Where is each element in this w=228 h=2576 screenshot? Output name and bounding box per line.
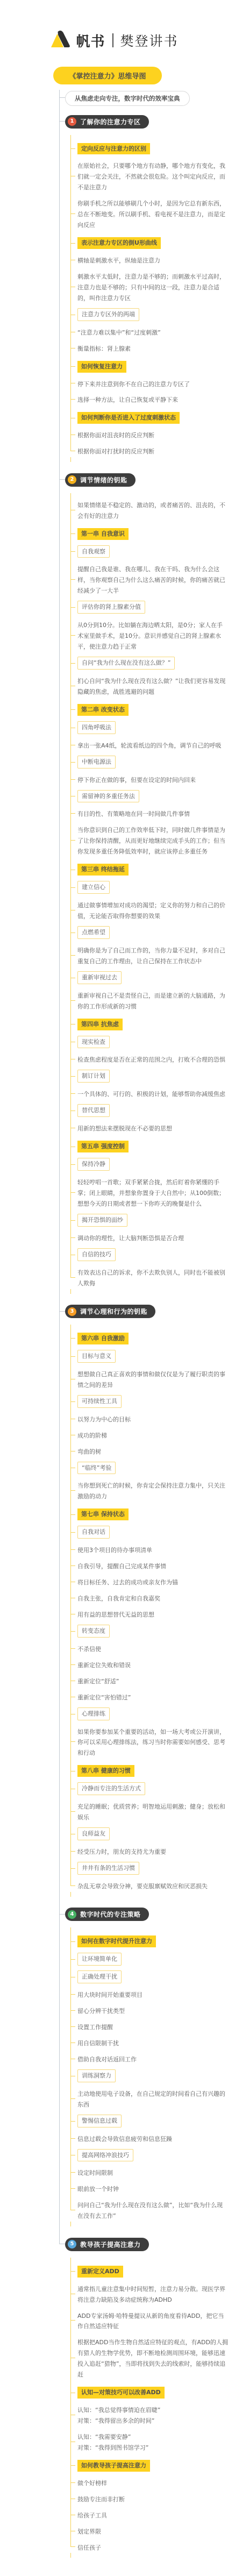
node-text: 扪心自问“我为什么现在没有这么做？”让我们更容易发现隐藏的焦虑，战胜逃避的问题 xyxy=(77,678,225,695)
topic-highlight: 第八串 健康的习惯 xyxy=(71,1764,228,1777)
node-text: 做个好榜样 xyxy=(77,2480,107,2487)
topic-box: 心理排练 xyxy=(71,1707,228,1720)
node-text: 用大块时间开始重要项目 xyxy=(77,1991,142,1998)
topic-box: 现实检查 xyxy=(71,1036,228,1049)
note-text: 一个具体的、可行的、积极的计划，能够帮助你减缓焦虑 xyxy=(71,1088,228,1099)
node-text: 四角呼吸法 xyxy=(77,721,116,734)
section-3: 3调节心理和行为的钥匙第六串 自我激励目标与意义想想做自己真正喜欢的事情和做仅仅… xyxy=(60,1305,228,1899)
node-text: 横轴是刺激水平，纵轴是注意力 xyxy=(77,257,160,264)
topic-box: 评估你的肾上腺素分值 xyxy=(71,601,228,614)
note-text: 你刷手机之所以能够刷几个小时，是因为它总有新东西，总在不断地变。所以刷手机、看电… xyxy=(71,197,228,230)
mindmap-trunk: 从焦虑走向专注，数字时代的效率宝典 1了解你的注意力专区定向反应与注意力的区别在… xyxy=(59,90,228,2560)
node-text: 重新审视自己不是责怪自己，而是建立新的大脑通路，为你的工作形成新的习惯 xyxy=(77,992,225,1010)
note-text: 从0分到10分。比如躺在海边晒太阳，是0分；家人在手术室里做手术，是10分。意识… xyxy=(71,619,228,651)
topic-highlight: 重新定义ADD xyxy=(71,2265,228,2278)
section-number-badge: 4 xyxy=(68,1910,76,1919)
note-text: 根据你面对打扰时的反应判断 xyxy=(71,445,228,456)
node-text: 停下来并注意到你不在自己的注意力专区了 xyxy=(77,381,190,388)
topic-box: 转变态度 xyxy=(71,1625,228,1638)
note-text: 信息过载会导致信息疲劳和信息狂躁 xyxy=(71,2133,228,2144)
node-text: 杂乱无章会导致分神，要克服禀赋效应和厌恶损失 xyxy=(77,1883,208,1890)
note-text: 想想做自己真正喜欢的事情和做仅仅是为了履行职责的事情之间的差异 xyxy=(71,1368,228,1390)
section-pill: 2调节情绪的钥匙 xyxy=(65,473,136,487)
note-text: 调动你的理性，让大脑判断恐惧是否合理 xyxy=(71,1232,228,1243)
topic-box: 重新审视过去 xyxy=(71,971,228,984)
section-label: 数字时代的专注策略 xyxy=(80,1910,141,1919)
section-4: 4数字时代的专注策略如何在数字时代提升注意力让环境简单化正确处理干扰用大块时间开… xyxy=(60,1908,228,2229)
topic-box: 点燃希望 xyxy=(71,926,228,939)
topic-highlight: 第四串 抗焦虑 xyxy=(71,1018,228,1030)
subtitle-node: 从焦虑走向专注，数字时代的效率宝典 xyxy=(60,90,228,106)
section-1: 1了解你的注意力专区定向反应与注意力的区别在原始社会，只要哪个地方有动静，哪个地… xyxy=(60,115,228,464)
section-2: 2调节情绪的钥匙如果情绪是不稳定的、激动的，或者痛苦的、沮丧的，不会有好的注意力… xyxy=(60,473,228,1296)
node-text: 现实检查 xyxy=(77,1036,110,1049)
node-text: 根据你面对打扰时的反应判断 xyxy=(77,448,154,455)
node-text: 制订计划 xyxy=(77,1070,110,1083)
note-text: 如果情绪是不稳定的、激动的，或者痛苦的、沮丧的，不会有好的注意力 xyxy=(71,499,228,521)
node-text: 第四串 抗焦虑 xyxy=(77,1019,123,1030)
topic-box: 自我对话 xyxy=(71,1526,228,1539)
node-text: 不杀信使 xyxy=(77,1646,101,1653)
note-text: 通过做事情增加对成功的渴望；定义你的努力和自己的价值，无论能否取得你想要的效果 xyxy=(71,899,228,921)
node-text: 评估你的肾上腺素分值 xyxy=(77,601,145,614)
note-text: 选择一种方法，让自己恢复或平静下来 xyxy=(71,394,228,404)
note-text: 明确你是为了自己而工作的，当你力量不足时，多对自己重复自己的工作理由，让自己保持… xyxy=(71,944,228,966)
node-text: 让环境简单化 xyxy=(77,1953,122,1966)
brand-divider xyxy=(112,33,113,47)
node-text: 转变态度 xyxy=(77,1625,110,1638)
node-text: 鼓励专注而非打断 xyxy=(77,2496,125,2503)
node-text: 保持冷静 xyxy=(77,1158,110,1171)
mindmap-page: { "brand": { "name": "帆书", "sub": "樊登讲书"… xyxy=(0,0,228,2576)
note-text: 停下你正在做的事，但要在设定的时间内回来 xyxy=(71,774,228,785)
topic-box: 井井有条的生活习惯 xyxy=(71,1862,228,1875)
note-text: 重新定位“舒适” xyxy=(71,1675,228,1686)
section-pill: 5教导孩子提高注意力 xyxy=(65,2238,149,2251)
section-label: 教导孩子提高注意力 xyxy=(80,2240,141,2249)
node-text: 如何教导孩子提高注意力 xyxy=(77,2460,150,2472)
node-text: 问问自己“我为什么现在没有这么做”，比如“我为什么现在没有去工作” xyxy=(77,2202,223,2219)
topic-highlight: 第三串 终结拖延 xyxy=(71,863,228,876)
note-text: 自我引导，提醒自己完成某件事情 xyxy=(71,1560,228,1571)
bottom-spacer xyxy=(0,2560,228,2576)
note-text: 自我主张，自我肯定和自我嘉奖 xyxy=(71,1592,228,1603)
section-number-badge: 5 xyxy=(68,2240,76,2248)
section-children: 如何在数字时代提升注意力让环境简单化正确处理干扰用大块时间开始重要项目留心分辨干… xyxy=(70,1927,228,2226)
note-text: 划定界限 xyxy=(71,2525,228,2536)
node-text: 替代思想 xyxy=(77,1104,110,1117)
node-text: “注意力难以集中”和“过度刺激” xyxy=(77,329,161,336)
note-text: 扪心自问“我为什么现在没有这么做？”让我们更容易发现隐藏的焦虑，战胜逃避的问题 xyxy=(71,675,228,696)
node-text: 井井有条的生活习惯 xyxy=(77,1862,139,1875)
topic-box: 让环境简单化 xyxy=(71,1953,228,1966)
topic-highlight: 第二串 改变状态 xyxy=(71,703,228,716)
note-text: 在原始社会，只要哪个地方有动静，哪个地方有变化，我们就一定会关注，不然就会很危险… xyxy=(71,160,228,192)
section-children: 定向反应与注意力的区别在原始社会，只要哪个地方有动静，哪个地方有变化，我们就一定… xyxy=(70,135,228,462)
node-text: 你刷手机之所以能够刷几个小时，是因为它总有新东西，总在不断地变。所以刷手机、看电… xyxy=(77,200,225,229)
subtitle-pill: 从焦虑走向专注，数字时代的效率宝典 xyxy=(65,91,190,106)
node-text: “临终”考验 xyxy=(77,1462,116,1475)
topic-highlight: 如何恢复注意力 xyxy=(71,360,228,373)
node-text: 刺激水平太低时，注意力是不够的；而刺激水平过高时，注意力也是不够的；只有中间的这… xyxy=(77,273,225,302)
node-text: ADD专家汤姆·哈特曼提议从新的角度看待ADD，把它当作自然适应特征 xyxy=(77,2312,224,2330)
note-text: 主动地使用电子设备，在自己规定的时间看自己有兴趣的东西 xyxy=(71,2088,228,2109)
section-number-badge: 1 xyxy=(68,117,76,126)
node-text: 停下你正在做的事，但要在设定的时间内回来 xyxy=(77,777,196,784)
fanshu-logo-icon xyxy=(49,30,71,51)
note-text: 充足的睡眠；优质营养；明智地运用刺激；健身；放松和娱乐 xyxy=(71,1801,228,1822)
node-text: 如果你要参加某个重要的活动，如一场大考或公开演讲，你可以采用心理排练法，练习当时… xyxy=(77,1728,225,1757)
node-text: 需留神的多重任务法 xyxy=(77,790,139,803)
node-text: 冷静而专注的生活方式 xyxy=(77,1782,145,1795)
topic-box: 四角呼吸法 xyxy=(71,721,228,734)
node-text: 如何恢复注意力 xyxy=(77,361,126,373)
node-text: 通常指儿童注意集中时间短暂，注意力易分散。现医学界将注意力缺陷及多动症统称为AD… xyxy=(77,2286,225,2303)
topic-box: 目标与意义 xyxy=(71,1350,228,1363)
node-text: 第六串 自我激励 xyxy=(77,1333,129,1344)
node-text: 重新定位“舒适” xyxy=(77,1678,119,1685)
topic-box: 警惕信息过载 xyxy=(71,2115,228,2127)
node-text: 定向反应与注意力的区别 xyxy=(77,143,150,155)
node-text: 根据你面对沮丧时的反应判断 xyxy=(77,432,154,439)
note-text: 信任孩子 xyxy=(71,2542,228,2552)
topic-highlight: 如何判断你是否进入了过度刺激状态 xyxy=(71,411,228,424)
note-text: 认知：“我总觉得事情迫在眉睫” 对策：“我得留出多余的时间” xyxy=(71,2404,228,2425)
node-text: 自我引导，提醒自己完成某件事情 xyxy=(77,1563,166,1570)
topic-box: 揭开恐惧的面纱 xyxy=(71,1214,228,1227)
note-text: 通常指儿童注意集中时间短暂，注意力易分散。现医学界将注意力缺陷及多动症统称为AD… xyxy=(71,2283,228,2304)
note-text: 不杀信使 xyxy=(71,1643,228,1654)
section-pill: 4数字时代的专注策略 xyxy=(65,1908,149,1921)
node-text: 第五串 强度控制 xyxy=(77,1141,129,1152)
topic-box: 制订计划 xyxy=(71,1070,228,1083)
node-text: 划定界限 xyxy=(77,2528,101,2535)
note-text: 提醒自己我是谁、我在哪儿、我在干吗、我为什么会这样，当你观察自己为什么这么痛苦的… xyxy=(71,563,228,595)
note-text: 重新审视自己不是责怪自己，而是建立新的大脑通路，为你的工作形成新的习惯 xyxy=(71,990,228,1011)
topic-box: 冷静而专注的生活方式 xyxy=(71,1782,228,1795)
note-text: 经受压力时，朋友的支持尤为重要 xyxy=(71,1846,228,1856)
node-text: 衡量指标：肾上腺素 xyxy=(77,345,131,352)
node-text: 想想做自己真正喜欢的事情和做仅仅是为了履行职责的事情之间的差异 xyxy=(77,1371,225,1389)
note-text: 重新定位“害怕错过” xyxy=(71,1691,228,1702)
node-text: 重新审视过去 xyxy=(77,971,122,984)
topic-box: 自我观察 xyxy=(71,545,228,558)
note-text: 弯曲的树 xyxy=(71,1446,228,1456)
note-text: 以努力为中心的目标 xyxy=(71,1413,228,1424)
note-text: 检查焦虑程度是否在正常的范围之内，打败不合理的恐惧 xyxy=(71,1054,228,1064)
node-text: 第八串 健康的习惯 xyxy=(77,1765,134,1777)
node-text: 第二串 改变状态 xyxy=(77,704,129,716)
note-text: “注意力难以集中”和“过度刺激” xyxy=(71,326,228,337)
node-text: 使用3个项目的待办事项清单 xyxy=(77,1547,152,1554)
node-text: 留心分辨干扰类型 xyxy=(77,2008,125,2015)
node-text: 检查焦虑程度是否在正常的范围之内，打败不合理的恐惧 xyxy=(77,1056,225,1063)
note-text: 用自信限制干扰 xyxy=(71,2037,228,2048)
node-text: 点燃希望 xyxy=(77,926,110,939)
node-text: 建立信心 xyxy=(77,881,110,894)
node-text: 第七串 保持状态 xyxy=(77,1508,129,1520)
topic-box: 替代思想 xyxy=(71,1104,228,1117)
node-text: 拿出一张A4纸，轮流看纸边的四个角，调节自己的呼吸 xyxy=(77,742,222,749)
section-pill: 3调节心理和行为的钥匙 xyxy=(65,1305,155,1318)
node-text: 自我观察 xyxy=(77,545,110,558)
node-text: 提高网络冲浪技巧 xyxy=(77,2149,133,2162)
note-text: 使用3个项目的待办事项清单 xyxy=(71,1544,228,1555)
node-text: 第三串 终结拖延 xyxy=(77,864,129,876)
node-text: 给孩子工具 xyxy=(77,2512,107,2519)
map-title: 《掌控注意力》思维导图 xyxy=(53,67,162,84)
node-text: 成功的阶梯 xyxy=(77,1432,107,1439)
node-text: 当你意识到自己的工作效率低下时，同时做几件事情是为了让你保持清醒，从而更好地继续… xyxy=(77,827,225,855)
node-text: 自我对话 xyxy=(77,1526,110,1539)
node-text: 选择一种方法，让自己恢复或平静下来 xyxy=(77,396,178,403)
node-text: 设置工作提醒 xyxy=(77,2024,113,2031)
node-text: 有效表达自己的诉求，你不去欺负别人，同时也不能被别人欺侮 xyxy=(77,1269,225,1287)
note-text: 借助自我对话返回工作 xyxy=(71,2053,228,2064)
section-label: 调节心理和行为的钥匙 xyxy=(80,1307,147,1316)
node-text: 如果情绪是不稳定的、激动的，或者痛苦的、沮丧的，不会有好的注意力 xyxy=(77,502,225,520)
node-text: 重新定位“害怕错过” xyxy=(77,1694,131,1701)
node-text: 可持续性工具 xyxy=(77,1395,122,1408)
section-pill: 1了解你的注意力专区 xyxy=(65,115,149,129)
note-text: 用新的想法来摆脱现在不必要的思想 xyxy=(71,1122,228,1133)
node-text: 用有益的思想替代无益的思想 xyxy=(77,1611,154,1618)
node-text: 如何判断你是否进入了过度刺激状态 xyxy=(77,412,180,424)
note-text: 根据把ADD当作生物自然适应特征的观点，有ADD的人拥有猎人的生物学优势，即不断… xyxy=(71,2336,228,2379)
topic-box: 自问“我为什么现在没有这么做？” xyxy=(71,657,228,670)
node-text: 经受压力时，朋友的支持尤为重要 xyxy=(77,1848,166,1855)
node-text: 一个具体的、可行的、积极的计划，能够帮助你减缓焦虑 xyxy=(77,1091,225,1098)
topic-box: 提高网络冲浪技巧 xyxy=(71,2149,228,2162)
node-text: 主动地使用电子设备，在自己规定的时间看自己有兴趣的东西 xyxy=(77,2090,225,2108)
node-text: 用自信限制干扰 xyxy=(77,2040,119,2047)
topic-box: 需留神的多重任务法 xyxy=(71,790,228,803)
topic-box: 可持续性工具 xyxy=(71,1395,228,1408)
section-children: 重新定义ADD通常指儿童注意集中时间短暂，注意力易分散。现医学界将注意力缺陷及多… xyxy=(70,2258,228,2558)
note-text: 当你意识到自己的工作效率低下时，同时做几件事情是为了让你保持清醒，从而更好地继续… xyxy=(71,824,228,856)
node-text: 良师益友 xyxy=(77,1827,110,1840)
note-text: 问问自己“我为什么现在没有这么做”，比如“我为什么现在没有去工作” xyxy=(71,2199,228,2221)
mindmap-tree: 从焦虑走向专注，数字时代的效率宝典 1了解你的注意力专区定向反应与注意力的区别在… xyxy=(59,90,228,2560)
section-number-badge: 2 xyxy=(68,475,76,484)
note-text: 杂乱无章会导致分神，要克服禀赋效应和厌恶损失 xyxy=(71,1880,228,1891)
section-children: 第六串 自我激励目标与意义想想做自己真正喜欢的事情和做仅仅是为了履行职责的事情之… xyxy=(70,1325,228,1897)
node-text: 训练洞察力 xyxy=(77,2069,116,2082)
node-text: 目标与意义 xyxy=(77,1350,116,1363)
node-text: 通过做事情增加对成功的渴望；定义你的努力和自己的价值，无论能否取得你想要的效果 xyxy=(77,902,225,920)
note-text: 刺激水平太低时，注意力是不够的；而刺激水平过高时，注意力也是不够的；只有中间的这… xyxy=(71,271,228,303)
note-text: 用有益的思想替代无益的思想 xyxy=(71,1609,228,1619)
note-text: 设置工作提醒 xyxy=(71,2021,228,2032)
note-text: 给孩子工具 xyxy=(71,2509,228,2520)
topic-box: 注意力专区外的两端 xyxy=(71,308,228,321)
topic-highlight: 表示注意力专区的倒U形曲线 xyxy=(71,237,228,249)
note-text: 根据你面对沮丧时的反应判断 xyxy=(71,429,228,440)
section-children: 如果情绪是不稳定的、激动的，或者痛苦的、沮丧的，不会有好的注意力第一串 自我意识… xyxy=(70,493,228,1294)
note-text: 眼前放一个时钟 xyxy=(71,2183,228,2194)
note-text: 有目的性、有策略地在同一时间做几件事情 xyxy=(71,808,228,819)
section-number-badge: 3 xyxy=(68,1307,76,1316)
topic-box: 自信的技巧 xyxy=(71,1248,228,1261)
node-text: 如何在数字时代提升注意力 xyxy=(77,1935,156,1947)
section-5: 5教导孩子提高注意力重新定义ADD通常指儿童注意集中时间短暂，注意力易分散。现医… xyxy=(60,2237,228,2560)
note-text: 停下来并注意到你不在自己的注意力专区了 xyxy=(71,378,228,389)
topic-highlight: 第五串 强度控制 xyxy=(71,1140,228,1152)
node-text: 认知—对策技巧可以改善ADD xyxy=(77,2387,165,2399)
node-text: 中断电源法 xyxy=(77,756,116,768)
section-label: 调节情绪的钥匙 xyxy=(80,475,127,485)
topic-box: 保持冷静 xyxy=(71,1158,228,1171)
node-text: 轻轻哼唱一首歌；双手紧紧合拢，然后盯着你紧绷的手掌；闭上眼睛，并想象你置身于大自… xyxy=(77,1179,225,1207)
topic-highlight: 定向反应与注意力的区别 xyxy=(71,143,228,155)
topic-box: 中断电源法 xyxy=(71,756,228,768)
note-text: 轻轻哼唱一首歌；双手紧紧合拢，然后盯着你紧绷的手掌；闭上眼睛，并想象你置身于大自… xyxy=(71,1176,228,1208)
topic-box: 建立信心 xyxy=(71,881,228,894)
node-text: 当你想到死亡的时候，你肯定会保持注意力集中，只关注激励的动力 xyxy=(77,1482,225,1500)
node-text: 认知：“我总觉得事情迫在眉睫” 对策：“我得留出多余的时间” xyxy=(77,2407,160,2424)
section-label: 了解你的注意力专区 xyxy=(80,117,141,126)
node-text: 将目标任务、过去的成功或亲友作为锚 xyxy=(77,1579,178,1586)
node-text: 警惕信息过载 xyxy=(77,2115,122,2127)
node-text: 自信的技巧 xyxy=(77,1248,116,1261)
topic-box: 正确处理干扰 xyxy=(71,1970,228,1983)
topic-box: 良师益友 xyxy=(71,1827,228,1840)
node-text: 调动你的理性，让大脑判断恐惧是否合理 xyxy=(77,1235,184,1242)
brand-name: 帆书 xyxy=(76,31,105,51)
note-text: 横轴是刺激水平，纵轴是注意力 xyxy=(71,254,228,265)
topic-highlight: 第一串 自我意识 xyxy=(71,528,228,540)
topic-highlight: 如何教导孩子提高注意力 xyxy=(71,2459,228,2472)
topic-highlight: 第六串 自我激励 xyxy=(71,1332,228,1344)
note-text: 衡量指标：肾上腺素 xyxy=(71,343,228,353)
note-text: 设定时间限制 xyxy=(71,2167,228,2177)
node-text: 在原始社会，只要哪个地方有动静，哪个地方有变化，我们就一定会关注，不然就会很危险… xyxy=(77,162,225,191)
node-text: 明确你是为了自己而工作的，当你力量不足时，多对自己重复自己的工作理由，让自己保持… xyxy=(77,947,225,965)
note-text: 成功的阶梯 xyxy=(71,1429,228,1440)
node-text: 以努力为中心的目标 xyxy=(77,1416,131,1423)
node-text: 自问“我为什么现在没有这么做？” xyxy=(77,657,175,670)
brand-subname: 樊登讲书 xyxy=(120,31,179,50)
node-text: 用新的想法来摆脱现在不必要的思想 xyxy=(77,1125,172,1132)
node-text: 提醒自己我是谁、我在哪儿、我在干吗、我为什么会这样，当你观察自己为什么这么痛苦的… xyxy=(77,566,225,594)
note-text: 当你想到死亡的时候，你肯定会保持注意力集中，只关注激励的动力 xyxy=(71,1479,228,1501)
topic-highlight: 第七串 保持状态 xyxy=(71,1508,228,1520)
node-text: 认知：“我需要安静” 对策：“我得到图书馆学习” xyxy=(77,2433,148,2451)
node-text: 注意力专区外的两端 xyxy=(77,308,139,321)
node-text: 信任孩子 xyxy=(77,2544,101,2551)
note-text: 有效表达自己的诉求，你不去欺负别人，同时也不能被别人欺侮 xyxy=(71,1266,228,1288)
topic-box: “临终”考验 xyxy=(71,1462,228,1475)
node-text: 正确处理干扰 xyxy=(77,1970,122,1983)
note-text: 鼓励专注而非打断 xyxy=(71,2493,228,2504)
note-text: 留心分辨干扰类型 xyxy=(71,2005,228,2016)
node-text: 揭开恐惧的面纱 xyxy=(77,1214,127,1227)
note-text: 认知：“我需要安静” 对策：“我得到图书馆学习” xyxy=(71,2431,228,2452)
node-text: 充足的睡眠；优质营养；明智地运用刺激；健身；放松和娱乐 xyxy=(77,1803,225,1821)
node-text: 重新定位失败和错误 xyxy=(77,1662,131,1669)
brand-header: 帆书 樊登讲书 xyxy=(0,0,228,51)
node-text: 设定时间限制 xyxy=(77,2169,113,2176)
note-text: 重新定位失败和错误 xyxy=(71,1659,228,1670)
node-text: 第一串 自我意识 xyxy=(77,528,129,540)
node-text: 眼前放一个时钟 xyxy=(77,2186,119,2193)
node-text: 自我主张，自我肯定和自我嘉奖 xyxy=(77,1595,160,1602)
note-text: 将目标任务、过去的成功或亲友作为锚 xyxy=(71,1576,228,1587)
node-text: 重新定义ADD xyxy=(77,2266,123,2278)
note-text: 用大块时间开始重要项目 xyxy=(71,1989,228,1999)
node-text: 有目的性、有策略地在同一时间做几件事情 xyxy=(77,810,190,817)
topic-highlight: 认知—对策技巧可以改善ADD xyxy=(71,2386,228,2399)
topic-highlight: 如何在数字时代提升注意力 xyxy=(71,1935,228,1947)
node-text: 从0分到10分。比如躺在海边晒太阳，是0分；家人在手术室里做手术，是10分。意识… xyxy=(77,622,223,650)
note-text: 如果你要参加某个重要的活动，如一场大考或公开演讲，你可以采用心理排练法，练习当时… xyxy=(71,1726,228,1758)
node-text: 心理排练 xyxy=(77,1707,110,1720)
node-text: 根据把ADD当作生物自然适应特征的观点，有ADD的人拥有猎人的生物学优势，即不断… xyxy=(77,2339,228,2378)
topic-box: 训练洞察力 xyxy=(71,2069,228,2082)
note-text: 做个好榜样 xyxy=(71,2477,228,2488)
node-text: 信息过载会导致信息疲劳和信息狂躁 xyxy=(77,2136,172,2143)
node-text: 弯曲的树 xyxy=(77,1448,101,1455)
node-text: 表示注意力专区的倒U形曲线 xyxy=(77,237,161,249)
node-text: 借助自我对话返回工作 xyxy=(77,2056,137,2063)
note-text: ADD专家汤姆·哈特曼提议从新的角度看待ADD，把它当作自然适应特征 xyxy=(71,2310,228,2331)
note-text: 拿出一张A4纸，轮流看纸边的四个角，调节自己的呼吸 xyxy=(71,739,228,750)
